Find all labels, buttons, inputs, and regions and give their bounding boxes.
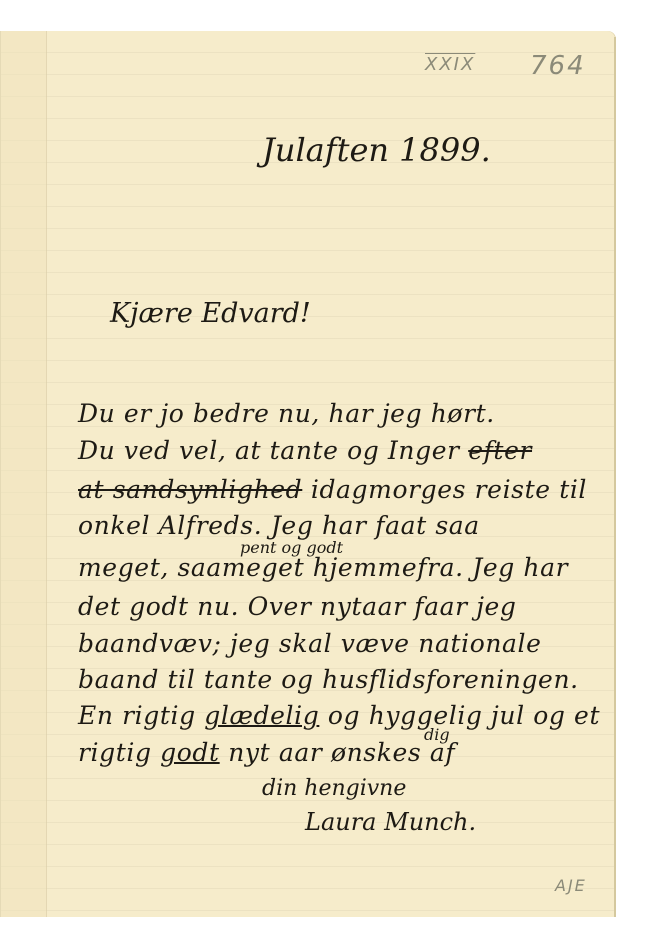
body-text: og hyggelig jul og et <box>319 701 600 730</box>
struck-text: efter <box>468 436 532 465</box>
body-text: En rigtig <box>78 701 204 730</box>
underlined-text: godt <box>160 738 220 767</box>
body-line: onkel Alfreds. Jeg har faat saa <box>78 511 480 540</box>
body-line: baand til tante og husflidsforeningen. <box>78 665 579 694</box>
body-text: idagmorges reiste til <box>302 475 587 504</box>
body-line: En rigtig glædelig og hyggelig jul og et <box>78 701 600 730</box>
body-line: at sandsynlighed idagmorges reiste til <box>78 475 587 504</box>
date-line: Julaften 1899. <box>262 131 491 169</box>
archive-catalog-number: 764 <box>530 51 586 81</box>
archive-initials: AJE <box>555 876 587 895</box>
body-text: rigtig <box>78 738 160 767</box>
page-edge <box>614 37 616 917</box>
body-line: baandvæv; jeg skal væve nationale <box>78 629 542 658</box>
body-line: Du er jo bedre nu, har jeg hørt. <box>78 399 495 428</box>
struck-text: at sandsynlighed <box>78 475 302 504</box>
body-line: Du ved vel, at tante og Inger efter <box>78 436 532 465</box>
body-line: rigtig godt nyt aar ønskes af <box>78 738 455 767</box>
body-text: nyt aar ønskes af <box>220 738 456 767</box>
letter-sheet: XXIX 764 Julaften 1899. Kjære Edvard! Du… <box>0 31 616 917</box>
page-fold-margin <box>0 31 47 917</box>
body-line: meget, saameget hjemmefra. Jeg har <box>78 553 568 582</box>
closing: din hengivne <box>262 776 406 801</box>
salutation: Kjære Edvard! <box>110 298 311 329</box>
body-line: det godt nu. Over nytaar faar jeg <box>78 592 517 621</box>
signature: Laura Munch. <box>305 808 476 836</box>
archive-roman-numeral: XXIX <box>425 54 475 75</box>
underlined-text: glædelig <box>204 701 319 730</box>
body-text: Du ved vel, at tante og Inger <box>78 436 468 465</box>
